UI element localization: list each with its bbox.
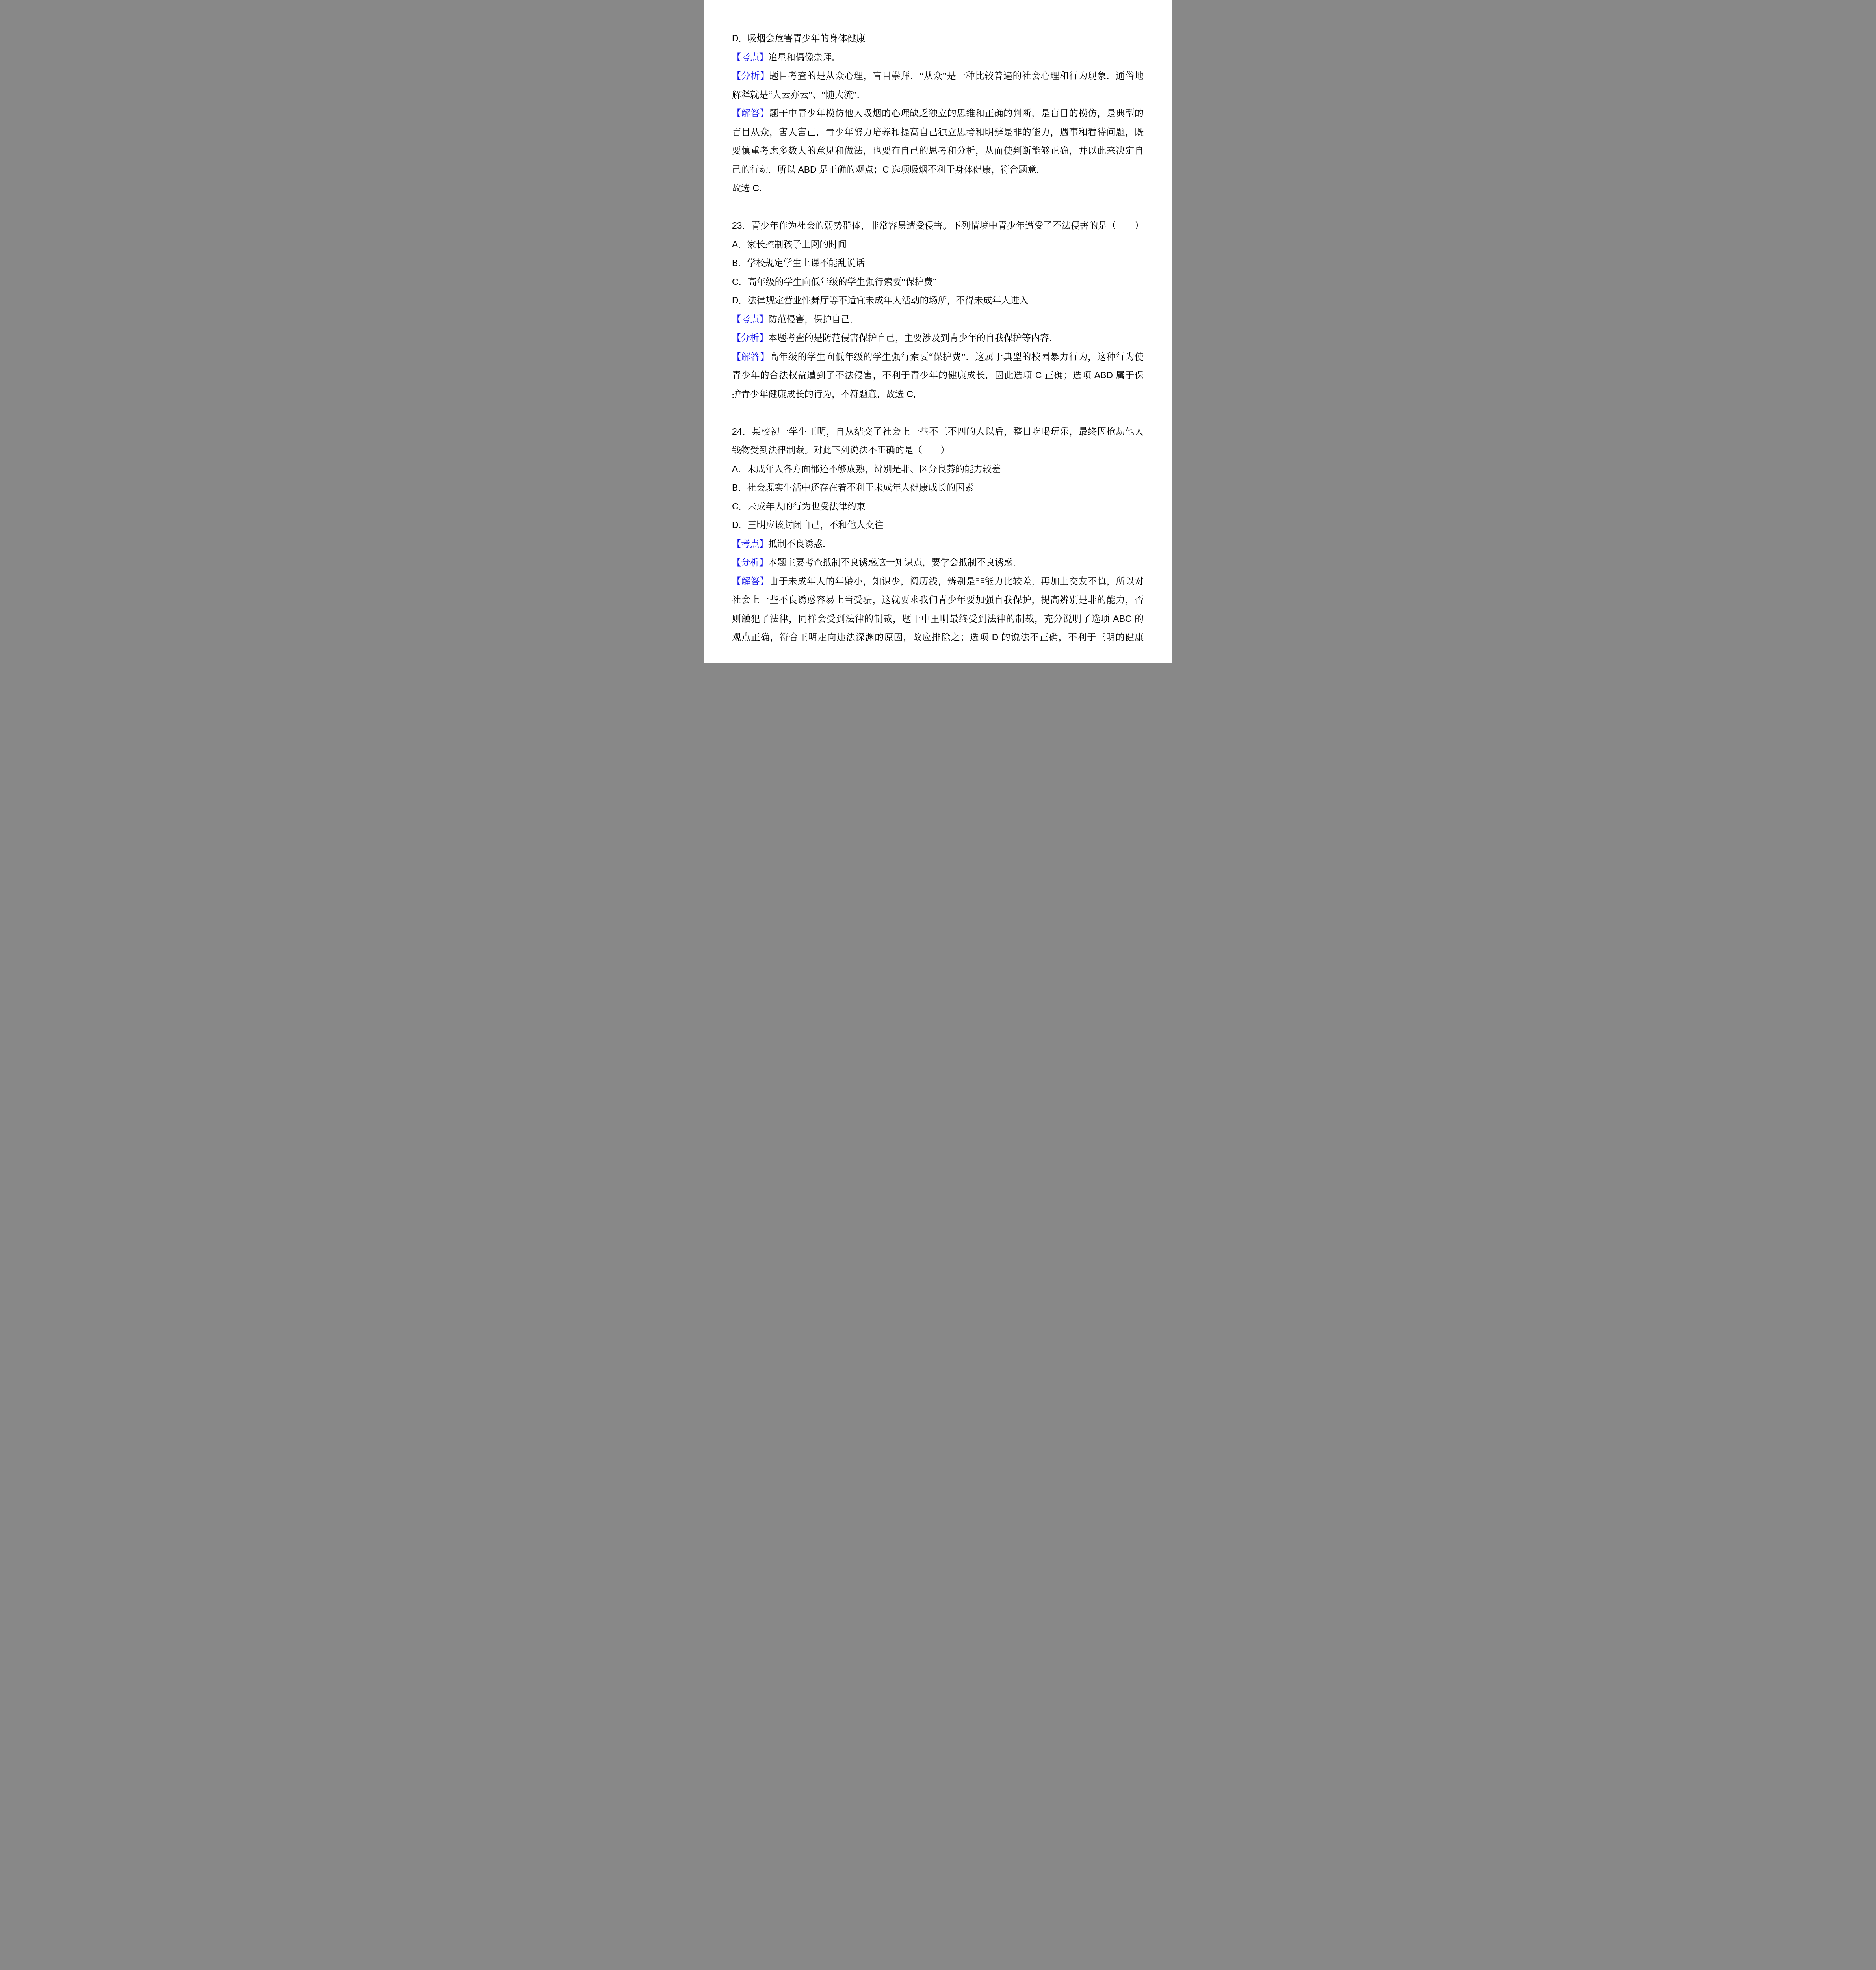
answer-line-continued: 护青少年健康成长的行为，不符题意．故选 C． [732,385,1144,404]
line-text: 青少年的合法权益遭到了不法侵害，不利于青少年的健康成长．因此选项 C 正确；选项… [732,370,1144,380]
answer-line-continued: 青少年的合法权益遭到了不法侵害，不利于青少年的健康成长．因此选项 C 正确；选项… [732,366,1144,385]
question-stem-line-continued: 钱物受到法律制裁。对此下列说法不正确的是（ ） [732,441,1144,460]
analysis-label: 【分析】 [732,71,769,81]
line-text: D．法律规定营业性舞厅等不适宜未成年人活动的场所，不得未成年人进入 [732,295,1029,305]
answer-line-continued: 观点正确，符合王明走向违法深渊的原因，故应排除之；选项 D 的说法不正确，不利于… [732,628,1144,647]
line-text: D．王明应该封闭自己，不和他人交往 [732,520,884,530]
answer-line-continued: 社会上一些不良诱惑容易上当受骗，这就要求我们青少年要加强自我保护，提高辨别是非的… [732,591,1144,610]
answer-line-continued: 要慎重考虑多数人的意见和做法，也要有自己的思考和分析，从而使判断能够正确，并以此… [732,141,1144,160]
answer-label: 【解答】 [732,351,769,362]
line-text: 己的行动．所以 ABD 是正确的观点；C 选项吸烟不利于身体健康，符合题意． [732,164,1046,175]
line-text: 题干中青少年模仿他人吸烟的心理缺乏独立的思维和正确的判断，是盲目的模仿，是典型的 [769,108,1144,118]
line-text: 解释就是“人云亦云”、“随大流”． [732,89,866,100]
line-text: A．未成年人各方面都还不够成熟，辨别是非、区分良莠的能力较差 [732,464,1001,474]
line-text: C．未成年人的行为也受法律约束 [732,501,866,511]
option-line-d: D．王明应该封闭自己，不和他人交往 [732,516,1144,535]
blank-line [732,403,1144,422]
option-line-d: D．吸烟会危害青少年的身体健康 [732,29,1144,48]
line-text: 故选 C． [732,183,768,193]
question-stem-line: 23．青少年作为社会的弱势群体，非常容易遭受侵害。下列情境中青少年遭受了不法侵害… [732,216,1144,235]
exam-point-label: 【考点】 [732,52,768,62]
analysis-line: 【分析】本题主要考查抵制不良诱惑这一知识点，要学会抵制不良诱惑． [732,553,1144,572]
option-line-d: D．法律规定营业性舞厅等不适宜未成年人活动的场所，不得未成年人进入 [732,291,1144,310]
analysis-line-continued: 解释就是“人云亦云”、“随大流”． [732,85,1144,104]
exam-point-label: 【考点】 [732,539,768,549]
answer-choice-line: 故选 C． [732,179,1144,198]
line-text: B．学校规定学生上课不能乱说话 [732,258,865,268]
question-stem-line: 24．某校初一学生王明，自从结交了社会上一些不三不四的人以后，整日吃喝玩乐，最终… [732,422,1144,441]
option-line-b: B．学校规定学生上课不能乱说话 [732,254,1144,273]
line-text: 24．某校初一学生王明，自从结交了社会上一些不三不四的人以后，整日吃喝玩乐，最终… [732,426,1144,437]
line-text: 抵制不良诱惑． [768,539,832,549]
analysis-label: 【分析】 [732,557,768,567]
question-block-22: D．吸烟会危害青少年的身体健康 【考点】追星和偶像崇拜． 【分析】题目考查的是从… [732,29,1144,198]
line-text: 护青少年健康成长的行为，不符题意．故选 C． [732,389,922,399]
line-text: D．吸烟会危害青少年的身体健康 [732,33,866,43]
line-text: 防范侵害，保护自己． [768,314,859,324]
line-text: 由于未成年人的年龄小，知识少，阅历浅，辨别是非能力比较差，再加上交友不慎，所以对 [769,576,1144,586]
line-text: A．家长控制孩子上网的时间 [732,239,847,249]
document-body: D．吸烟会危害青少年的身体健康 【考点】追星和偶像崇拜． 【分析】题目考查的是从… [704,0,1172,647]
line-text: 要慎重考虑多数人的意见和做法，也要有自己的思考和分析，从而使判断能够正确，并以此… [732,145,1144,156]
line-text: 本题考查的是防范侵害保护自己，主要涉及到青少年的自我保护等内容． [768,333,1058,343]
option-line-b: B．社会现实生活中还存在着不利于未成年人健康成长的因素 [732,478,1144,497]
line-text: 追星和偶像崇拜． [768,52,841,62]
exam-point-line: 【考点】防范侵害，保护自己． [732,310,1144,329]
analysis-line: 【分析】题目考查的是从众心理，盲目崇拜．“从众”是一种比较普遍的社会心理和行为现… [732,67,1144,85]
question-block-23: 23．青少年作为社会的弱势群体，非常容易遭受侵害。下列情境中青少年遭受了不法侵害… [732,216,1144,403]
line-text: 本题主要考查抵制不良诱惑这一知识点，要学会抵制不良诱惑． [768,557,1022,567]
answer-label: 【解答】 [732,576,769,586]
option-line-c: C．高年级的学生向低年级的学生强行索要“保护费” [732,273,1144,292]
document-page: D．吸烟会危害青少年的身体健康 【考点】追星和偶像崇拜． 【分析】题目考查的是从… [704,0,1172,663]
line-text: 社会上一些不良诱惑容易上当受骗，这就要求我们青少年要加强自我保护，提高辨别是非的… [732,595,1144,605]
answer-line: 【解答】题干中青少年模仿他人吸烟的心理缺乏独立的思维和正确的判断，是盲目的模仿，… [732,104,1144,123]
line-text: 则触犯了法律，同样会受到法律的制裁，题干中王明最终受到法律的制裁，充分说明了选项… [732,613,1144,624]
option-line-a: A．未成年人各方面都还不够成熟，辨别是非、区分良莠的能力较差 [732,460,1144,479]
line-text: C．高年级的学生向低年级的学生强行索要“保护费” [732,277,937,287]
line-text: 盲目从众，害人害己．青少年努力培养和提高自己独立思考和明辨是非的能力，遇事和看待… [732,127,1144,137]
analysis-line: 【分析】本题考查的是防范侵害保护自己，主要涉及到青少年的自我保护等内容． [732,329,1144,348]
answer-line-continued: 己的行动．所以 ABD 是正确的观点；C 选项吸烟不利于身体健康，符合题意． [732,160,1144,179]
question-block-24: 24．某校初一学生王明，自从结交了社会上一些不三不四的人以后，整日吃喝玩乐，最终… [732,422,1144,647]
answer-label: 【解答】 [732,108,769,118]
answer-line: 【解答】高年级的学生向低年级的学生强行索要“保护费”．这属于典型的校园暴力行为，… [732,348,1144,366]
option-line-c: C．未成年人的行为也受法律约束 [732,497,1144,516]
answer-line-continued: 盲目从众，害人害己．青少年努力培养和提高自己独立思考和明辨是非的能力，遇事和看待… [732,123,1144,142]
exam-point-label: 【考点】 [732,314,768,324]
option-line-a: A．家长控制孩子上网的时间 [732,235,1144,254]
line-text: 观点正确，符合王明走向违法深渊的原因，故应排除之；选项 D 的说法不正确，不利于… [732,632,1144,642]
exam-point-line: 【考点】抵制不良诱惑． [732,535,1144,554]
blank-line [732,198,1144,217]
line-text: 23．青少年作为社会的弱势群体，非常容易遭受侵害。下列情境中青少年遭受了不法侵害… [732,220,1144,230]
answer-line-continued: 则触犯了法律，同样会受到法律的制裁，题干中王明最终受到法律的制裁，充分说明了选项… [732,610,1144,628]
line-text: B．社会现实生活中还存在着不利于未成年人健康成长的因素 [732,482,973,492]
line-text: 题目考查的是从众心理，盲目崇拜．“从众”是一种比较普遍的社会心理和行为现象．通俗… [769,71,1144,81]
line-text: 钱物受到法律制裁。对此下列说法不正确的是（ ） [732,445,949,455]
answer-line: 【解答】由于未成年人的年龄小，知识少，阅历浅，辨别是非能力比较差，再加上交友不慎… [732,572,1144,591]
line-text: 高年级的学生向低年级的学生强行索要“保护费”．这属于典型的校园暴力行为，这种行为… [769,351,1144,362]
exam-point-line: 【考点】追星和偶像崇拜． [732,48,1144,67]
analysis-label: 【分析】 [732,333,768,343]
